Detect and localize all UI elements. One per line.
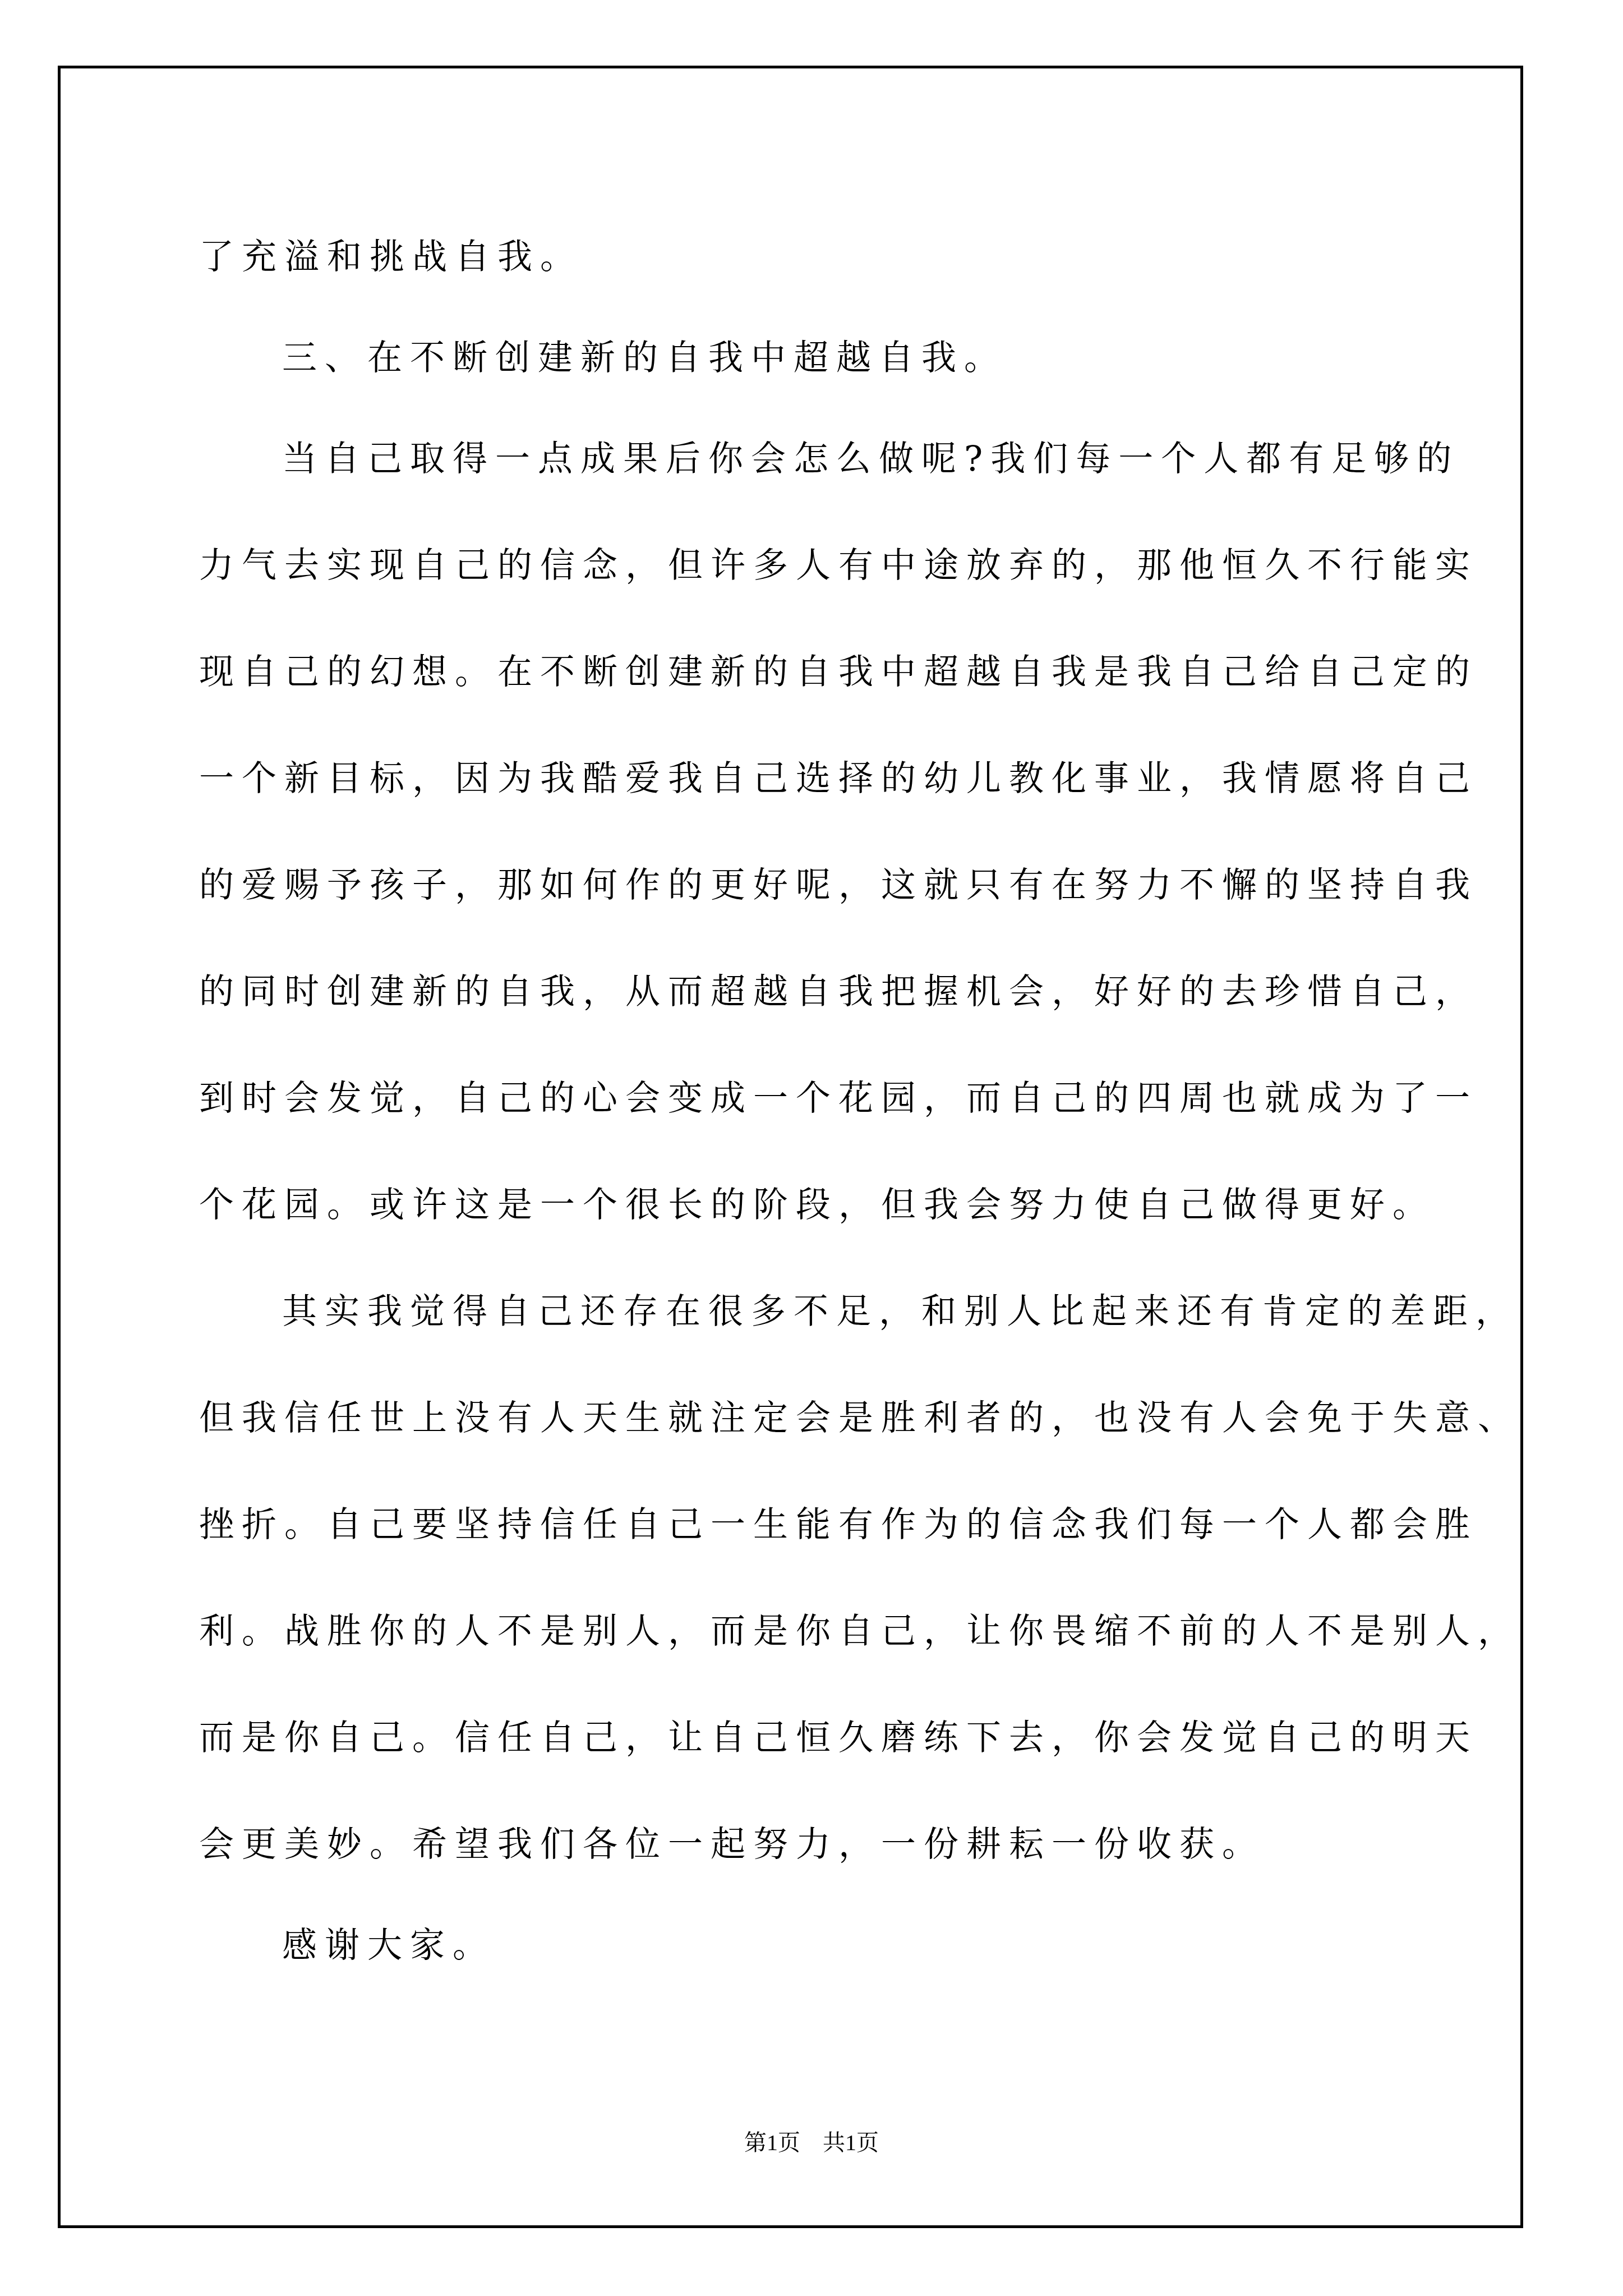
text-line: 一个新目标，因为我酷爱我自己选择的幼儿教化事业，我情愿将自己 [199, 756, 1478, 801]
page-number-footer: 第1页 共1页 [0, 2125, 1623, 2157]
text-line: 会更美妙。希望我们各位一起努力，一份耕耘一份收获。 [199, 1822, 1265, 1867]
text-line: 挫折。自己要坚持信任自己一生能有作为的信念我们每一个人都会胜 [199, 1502, 1478, 1547]
text-line: 现自己的幻想。在不断创建新的自我中超越自我是我自己给自己定的 [199, 650, 1478, 694]
text-line: 了充溢和挑战自我。 [199, 234, 583, 279]
text-line: 当自己取得一点成果后你会怎么做呢?我们每一个人都有足够的 [282, 436, 1459, 481]
closing-line: 感谢大家。 [282, 1923, 495, 1968]
text-line: 但我信任世上没有人天生就注定会是胜利者的，也没有人会免于失意、 [199, 1396, 1520, 1441]
text-line: 的爱赐予孩子，那如何作的更好呢，这就只有在努力不懈的坚持自我 [199, 863, 1478, 908]
text-line: 的同时创建新的自我，从而超越自我把握机会，好好的去珍惜自己， [199, 969, 1478, 1014]
text-line: 到时会发觉，自己的心会变成一个花园，而自己的四周也就成为了一 [199, 1076, 1478, 1121]
page-border [58, 66, 1523, 2228]
section-heading: 三、在不断创建新的自我中超越自我。 [282, 335, 1007, 380]
text-line: 个花园。或许这是一个很长的阶段，但我会努力使自己做得更好。 [199, 1182, 1435, 1227]
text-line: 力气去实现自己的信念，但许多人有中途放弃的，那他恒久不行能实 [199, 543, 1478, 588]
text-line: 而是你自己。信任自己，让自己恒久磨练下去，你会发觉自己的明天 [199, 1715, 1478, 1760]
text-line: 利。战胜你的人不是别人，而是你自己，让你畏缩不前的人不是别人， [199, 1609, 1520, 1654]
text-line: 其实我觉得自己还存在很多不足，和别人比起来还有肯定的差距， [282, 1289, 1518, 1334]
